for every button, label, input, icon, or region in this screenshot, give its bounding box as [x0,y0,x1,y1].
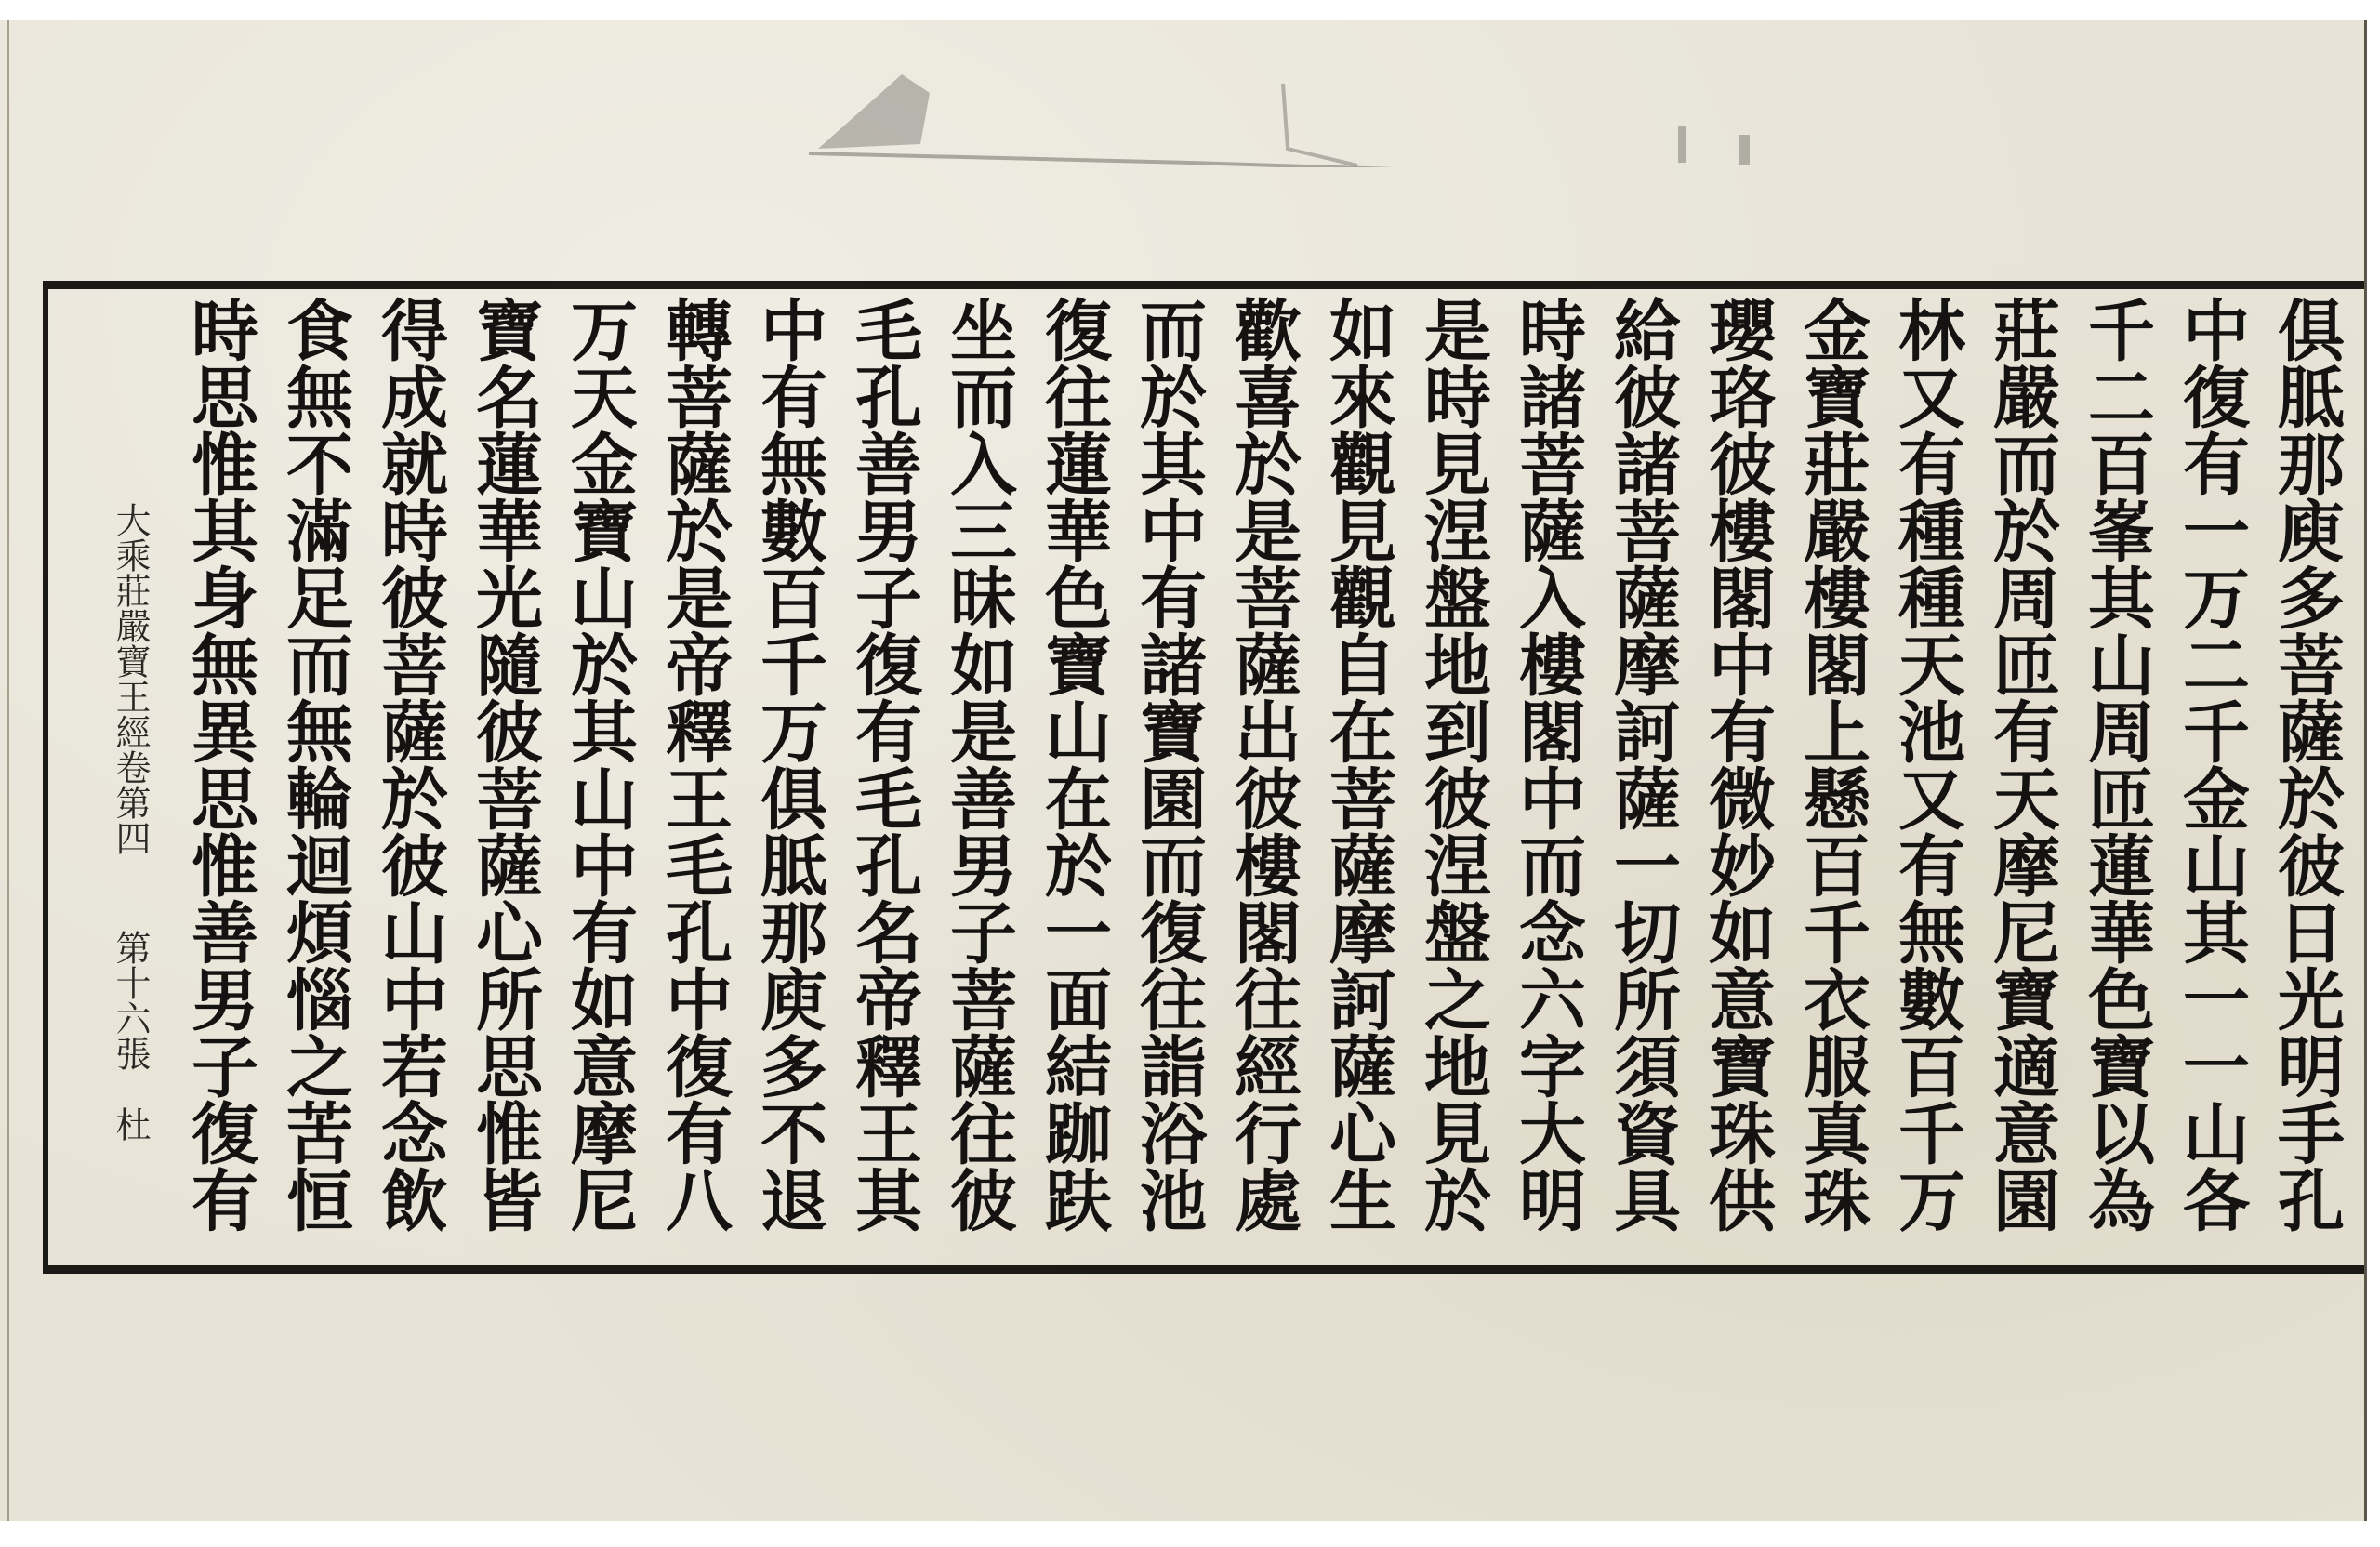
text-column-3: 千二百峯其山周匝蓮華色寶以為 [2071,296,2161,1233]
text-column-1: 俱胝那庾多菩薩於彼日光明手孔 [2261,296,2350,1233]
margin-sutra-title: 大乘莊嚴寶王經卷第四 [102,502,158,855]
text-column-14: 復往蓮華色寶山在於一面結跏趺 [1028,296,1117,1233]
text-column-7: 瓔珞彼樓閣中有微妙如意寶珠供 [1692,296,1781,1233]
text-column-10: 是時見涅盤地到彼涅盤之地見於 [1408,296,1497,1233]
text-column-16: 毛孔善男子復有毛孔名帝釋王其 [839,296,928,1233]
text-column-23: 時思惟其身無異思惟善男子復有 [175,296,264,1233]
text-column-6: 金寶莊嚴樓閣上懸百千衣服真珠 [1787,296,1876,1233]
page-right-edge [2364,20,2367,1521]
text-column-8: 給彼諸菩薩摩訶薩一切所須資具 [1597,296,1686,1233]
text-column-5: 林又有種種天池又有無數百千万 [1882,296,1971,1233]
text-column-13: 而於其中有諸寶園而復往詣浴池 [1123,296,1212,1233]
text-column-2: 中復有一万二千金山其一一山各 [2166,296,2255,1233]
text-column-19: 万天金寶山於其山中有如意摩尼 [554,296,643,1233]
text-column-18: 轉菩薩於是帝釋王毛孔中復有八 [649,296,738,1233]
margin-carver-mark: 杜 [102,1106,158,1142]
text-column-22: 食無不滿足而無輪迴煩惱之苦恒 [270,296,359,1233]
text-column-20: 寶名蓮華光隨彼菩薩心所思惟皆 [459,296,549,1233]
text-column-12: 歡喜於是菩薩出彼樓閣往經行處 [1218,296,1307,1233]
margin-page-number: 第十六張 [102,930,158,1071]
text-column-9: 時諸菩薩入樓閣中而念六字大明 [1502,296,1592,1233]
text-column-17: 中有無數百千万俱胝那庾多不退 [744,296,833,1233]
text-column-11: 如來觀見觀自在菩薩摩訶薩心生 [1313,296,1402,1233]
page-left-edge [7,20,9,1521]
text-column-4: 莊嚴而於周匝有天摩尼寶適意園 [1977,296,2066,1233]
text-column-21: 得成就時彼菩薩於彼山中若念飲 [364,296,454,1233]
text-column-15: 坐而入三昧如是善男子菩薩往彼 [933,296,1023,1233]
faded-ink-smudge [800,56,1804,167]
